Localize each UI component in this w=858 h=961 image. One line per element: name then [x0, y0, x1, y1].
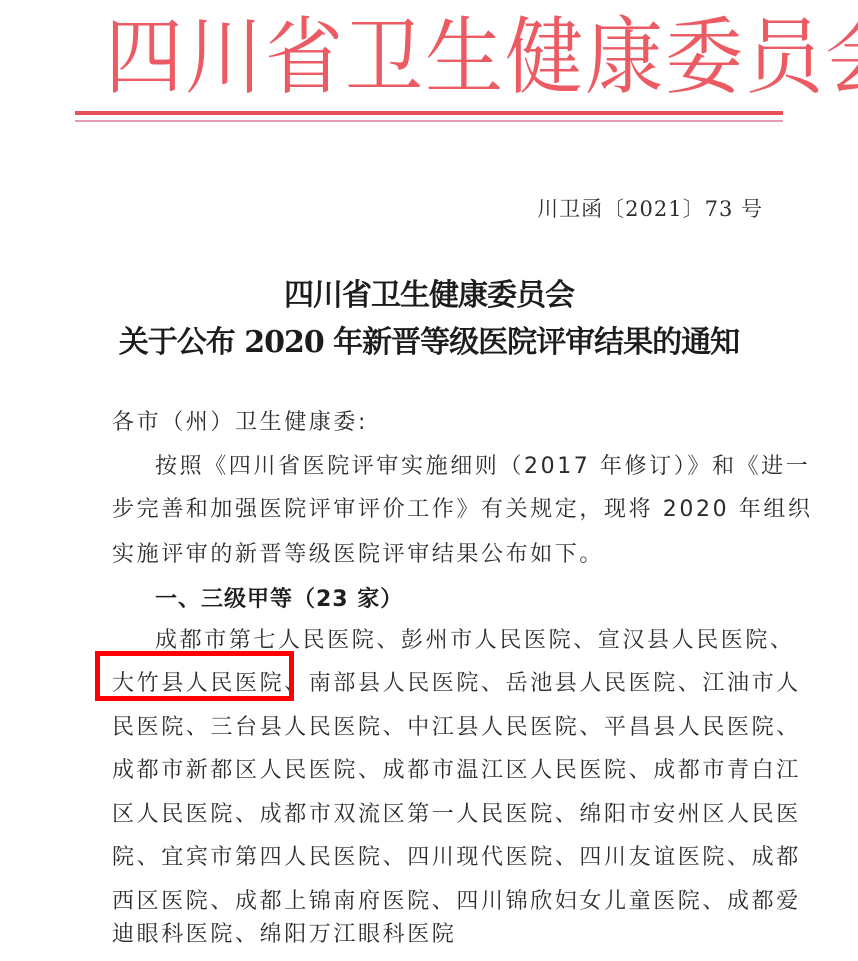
letterhead-char: 省	[265, 8, 345, 107]
letterhead-char: 卫	[345, 8, 425, 107]
letterhead-title: 四 川 省 卫 生 健 康 委 员 会	[105, 12, 765, 104]
section-heading: 一、三级甲等（23 家）	[155, 585, 403, 615]
hospital-list-line: 迪眼科医院、绵阳万江眼科医院	[112, 920, 762, 950]
letterhead-char: 员	[745, 8, 825, 107]
letterhead-char: 会	[825, 8, 858, 107]
hospital-list-line: 成都市新都区人民医院、成都市温江区人民医院、成都市青白江	[112, 756, 762, 786]
letterhead-char: 四	[105, 8, 185, 107]
paragraph-line: 实施评审的新晋等级医院评审结果公布如下。	[112, 540, 762, 570]
paragraph-line: 步完善和加强医院评审评价工作》有关规定，现将 2020 年组织	[112, 495, 762, 525]
letterhead-rule-thin	[75, 120, 783, 122]
letterhead-char: 生	[425, 8, 505, 107]
letterhead-rule-thick	[75, 111, 783, 115]
letterhead-char: 康	[585, 8, 665, 107]
salutation: 各市（州）卫生健康委:	[112, 408, 762, 438]
hospital-list-line: 民医院、三台县人民医院、中江县人民医院、平昌县人民医院、	[112, 713, 762, 743]
hospital-list-line: 西区医院、成都上锦南府医院、四川锦欣妇女儿童医院、成都爱	[112, 887, 762, 917]
document-number: 川卫函〔2021〕73 号	[537, 193, 763, 223]
document-title-line2: 关于公布 2020 年新晋等级医院评审结果的通知	[0, 317, 858, 361]
letterhead-char: 委	[665, 8, 745, 107]
letterhead-char: 健	[505, 8, 585, 107]
document-title-line1: 四川省卫生健康委员会	[0, 270, 858, 314]
letterhead-char: 川	[185, 8, 265, 107]
highlight-box-dazhu-hospital	[95, 651, 294, 701]
paragraph-line: 按照《四川省医院评审实施细则（2017 年修订）》和《进一	[155, 452, 805, 482]
hospital-list-line: 院、宜宾市第四人民医院、四川现代医院、四川友谊医院、成都	[112, 843, 762, 873]
hospital-list-line: 区人民医院、成都市双流区第一人民医院、绵阳市安州区人民医	[112, 800, 762, 830]
